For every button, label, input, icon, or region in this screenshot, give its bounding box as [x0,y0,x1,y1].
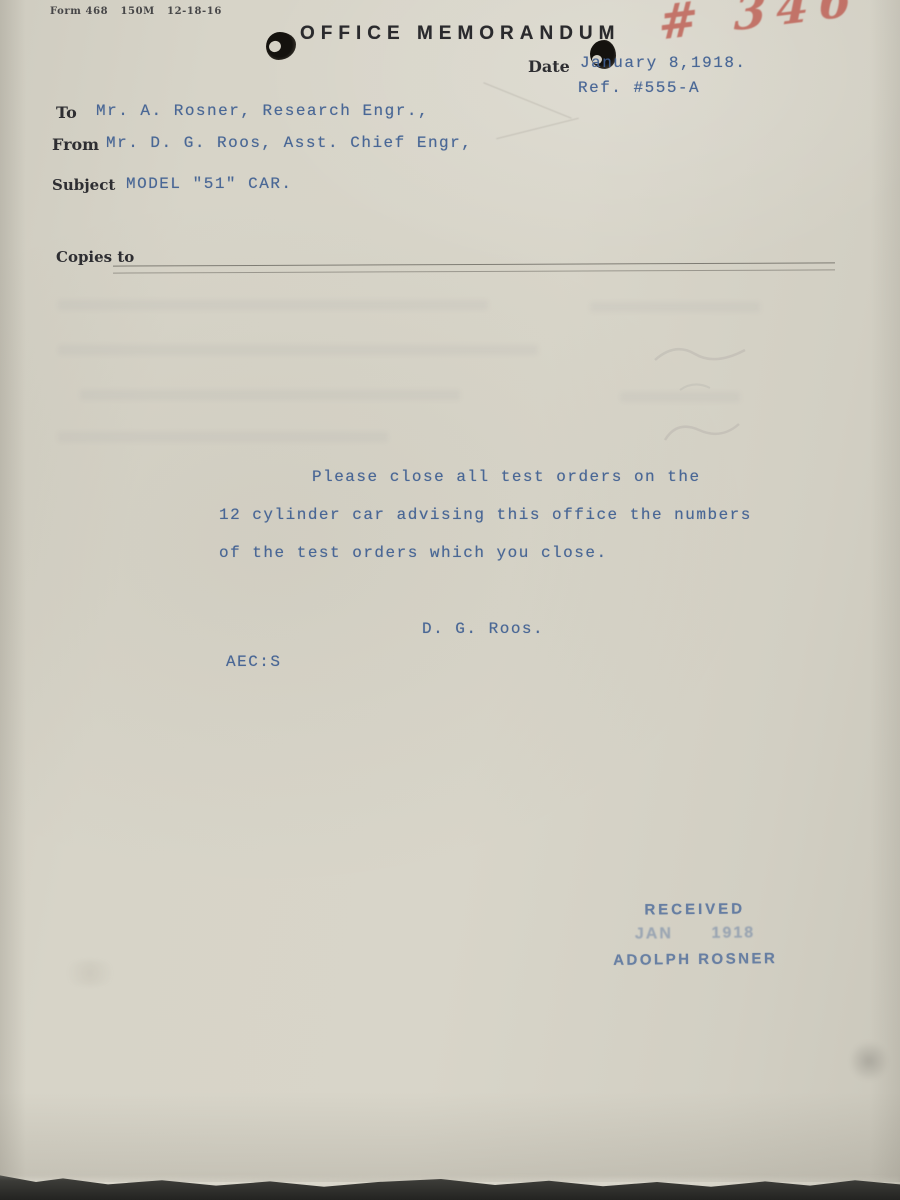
paper-edge-shadow-right [870,0,900,1200]
typist-initials: AEC:S [226,653,282,671]
memo-scan-page: Form 468 150M 12-18-16 OFFICE MEMORANDUM… [0,0,900,1200]
date-value: January 8,1918. [580,54,747,72]
signature: D. G. Roos. [422,620,544,638]
memo-title: OFFICE MEMORANDUM [300,23,610,45]
received-stamp: RECEIVED JAN 1918 ADOLPH ROSNER [600,900,791,969]
stamp-date-text: JAN 1918 [600,924,790,944]
copies-to-label: Copies to [56,248,134,266]
subject-value: MODEL "51" CAR. [126,175,293,193]
bleed-through-ghost [58,432,388,442]
form-number: Form 468 150M 12-18-16 [50,6,222,17]
ref-value: Ref. #555-A [578,79,700,97]
horizontal-double-rule [113,262,835,273]
body-line-1: Please close all test orders on the [312,468,701,486]
bleed-through-ghost [80,390,460,400]
to-label: To [56,103,77,122]
paper-crease [496,118,579,140]
paper-edge-shadow-left [0,0,26,1200]
red-crayon-annotation: # 346 [658,0,861,52]
date-label: Date [528,57,570,76]
paper-crease [483,82,571,119]
from-value: Mr. D. G. Roos, Asst. Chief Engr, [106,134,472,152]
subject-label: Subject [52,176,115,194]
from-label: From [52,135,99,154]
to-value: Mr. A. Rosner, Research Engr., [96,102,429,120]
body-line-2: 12 cylinder car advising this office the… [219,506,752,524]
smudge-mark [60,960,120,986]
bleed-through-ghost [58,300,488,310]
bleed-through-ghost [58,345,538,355]
ink-blot-gap [267,39,282,53]
bleed-through-ghost [590,302,760,312]
smudge-mark [850,1040,888,1082]
stamp-name-text: ADOLPH ROSNER [600,950,790,969]
paper-edge-shadow-bottom [0,1092,900,1182]
ink-blot-left [266,32,296,60]
body-line-3: of the test orders which you close. [219,544,608,562]
faint-pencil-marks [645,330,805,460]
stamp-received-text: RECEIVED [600,900,790,919]
